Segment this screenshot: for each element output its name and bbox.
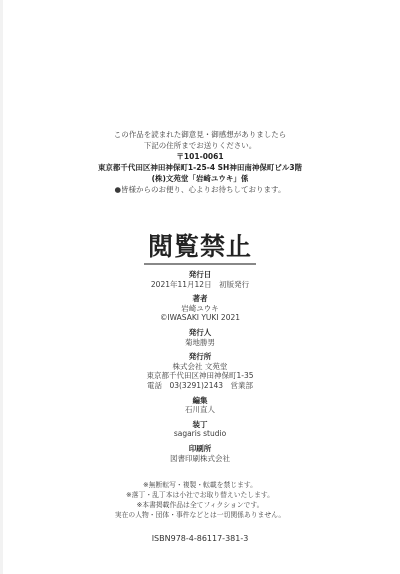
legal-notices: ※無断転写・複製・転載を禁じます。 ※落丁・乱丁本は小社でお取り替えいたします。… — [0, 480, 400, 520]
credit-label: 発行所 — [0, 352, 400, 362]
credit-author: 著者 岩崎ユウキ ©IWASAKI YUKI 2021 — [0, 294, 400, 323]
credit-label: 著者 — [0, 294, 400, 304]
notice-line: ※落丁・乱丁本は小社でお取り替えいたします。 — [0, 490, 400, 500]
credit-value: 株式会社 文苑堂 — [0, 362, 400, 372]
notice-line: 実在の人物・団体・事件などとは一切関係ありません。 — [0, 510, 400, 520]
book-title: 閲覧禁止 — [144, 233, 256, 265]
credits-list: 発行日 2021年11月12日 初版発行 著者 岩崎ユウキ ©IWASAKI Y… — [0, 270, 400, 468]
credit-value: 2021年11月12日 初版発行 — [0, 280, 400, 290]
credit-publish-date: 発行日 2021年11月12日 初版発行 — [0, 270, 400, 289]
credit-publisher: 発行所 株式会社 文苑堂 東京都千代田区神田神保町1-35 電話 03(3291… — [0, 352, 400, 390]
credit-value: ©IWASAKI YUKI 2021 — [0, 313, 400, 323]
credit-editor: 編集 石川直人 — [0, 396, 400, 415]
credit-label: 発行日 — [0, 270, 400, 280]
isbn: ISBN978-4-86117-381-3 — [0, 534, 400, 543]
mailing-address: 東京都千代田区神田神保町1-25-4 SH神田南神保町ビル3階 — [0, 162, 400, 173]
credit-value: 菊地勝男 — [0, 338, 400, 348]
credit-printer: 印刷所 図書印刷株式会社 — [0, 444, 400, 463]
note-line: この作品を読まれた御意見・御感想がありましたら — [0, 129, 400, 140]
credit-value: 図書印刷株式会社 — [0, 454, 400, 464]
note-line: 下記の住所までお送りください。 — [0, 140, 400, 151]
notice-line: ※本書掲載作品は全てフィクションです。 — [0, 500, 400, 510]
credit-design: 装丁 sagaris studio — [0, 420, 400, 439]
notice-line: ※無断転写・複製・転載を禁じます。 — [0, 480, 400, 490]
credit-label: 印刷所 — [0, 444, 400, 454]
credit-value: 東京都千代田区神田神保町1-35 — [0, 371, 400, 381]
credit-value: 電話 03(3291)2143 営業部 — [0, 381, 400, 391]
credit-value: 石川直人 — [0, 405, 400, 415]
postal-code: 〒101-0061 — [0, 151, 400, 162]
credit-label: 装丁 — [0, 420, 400, 430]
credit-value: 岩崎ユウキ — [0, 304, 400, 314]
credit-label: 編集 — [0, 396, 400, 406]
credit-publisher-person: 発行人 菊地勝男 — [0, 328, 400, 347]
colophon-page: この作品を読まれた御意見・御感想がありましたら 下記の住所までお送りください。 … — [0, 0, 400, 574]
credit-label: 発行人 — [0, 328, 400, 338]
title-block: 閲覧禁止 — [0, 233, 400, 265]
credit-value: sagaris studio — [0, 429, 400, 439]
closing-line: ●皆様からのお便り、心よりお待ちしております。 — [0, 184, 400, 195]
reader-feedback-note: この作品を読まれた御意見・御感想がありましたら 下記の住所までお送りください。 … — [0, 129, 400, 195]
recipient: (株)文苑堂「岩崎ユウキ」係 — [0, 173, 400, 184]
